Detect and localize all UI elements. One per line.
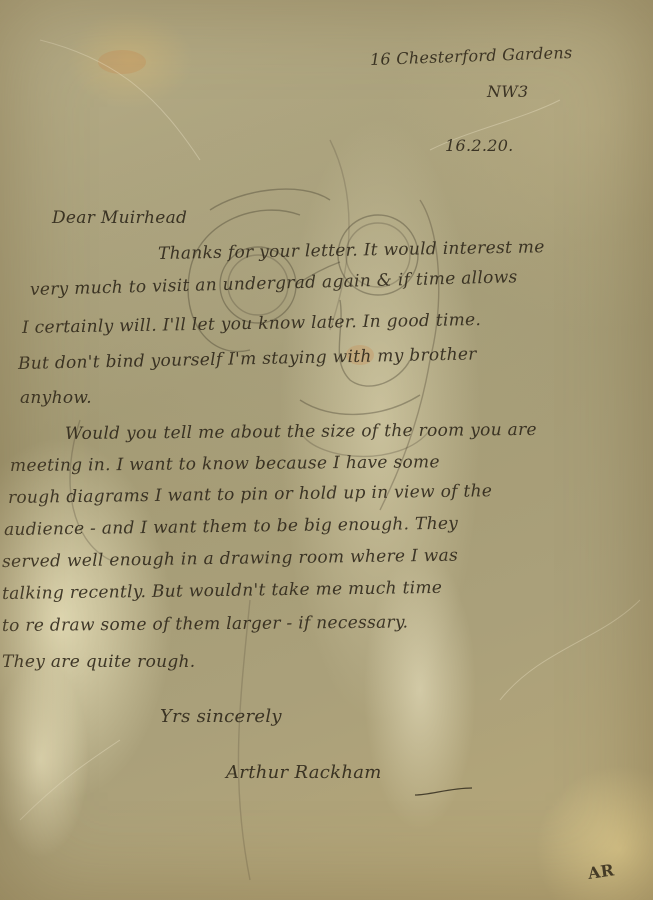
body-line: meeting in. I want to know because I hav… xyxy=(10,452,440,476)
body-line: to re draw some of them larger - if nece… xyxy=(2,612,408,636)
body-line: served well enough in a drawing room whe… xyxy=(2,546,458,572)
body-line: audience - and I want them to be big eno… xyxy=(4,514,458,540)
body-line: Would you tell me about the size of the … xyxy=(65,420,537,444)
salutation: Dear Muirhead xyxy=(52,208,187,228)
body-line: But don't bind yourself I'm staying with… xyxy=(18,344,477,374)
address-line-2: NW3 xyxy=(487,82,529,101)
artist-monogram: AR xyxy=(587,860,616,882)
body-line: rough diagrams I want to pin or hold up … xyxy=(8,481,492,508)
body-line: talking recently. But wouldn't take me m… xyxy=(2,578,442,604)
letter-date: 16.2.20. xyxy=(445,136,514,155)
address-line-1: 16 Chesterford Gardens xyxy=(370,43,573,69)
body-line: anyhow. xyxy=(20,388,92,408)
handwritten-letter: 16 Chesterford Gardens NW3 16.2.20. Dear… xyxy=(0,0,653,900)
signature: Arthur Rackham xyxy=(226,762,382,783)
body-line: Thanks for your letter. It would interes… xyxy=(158,237,545,264)
body-line: They are quite rough. xyxy=(2,652,196,672)
body-line: very much to visit an undergrad again & … xyxy=(30,267,518,300)
closing: Yrs sincerely xyxy=(160,706,282,727)
body-line: I certainly will. I'll let you know late… xyxy=(22,310,481,338)
